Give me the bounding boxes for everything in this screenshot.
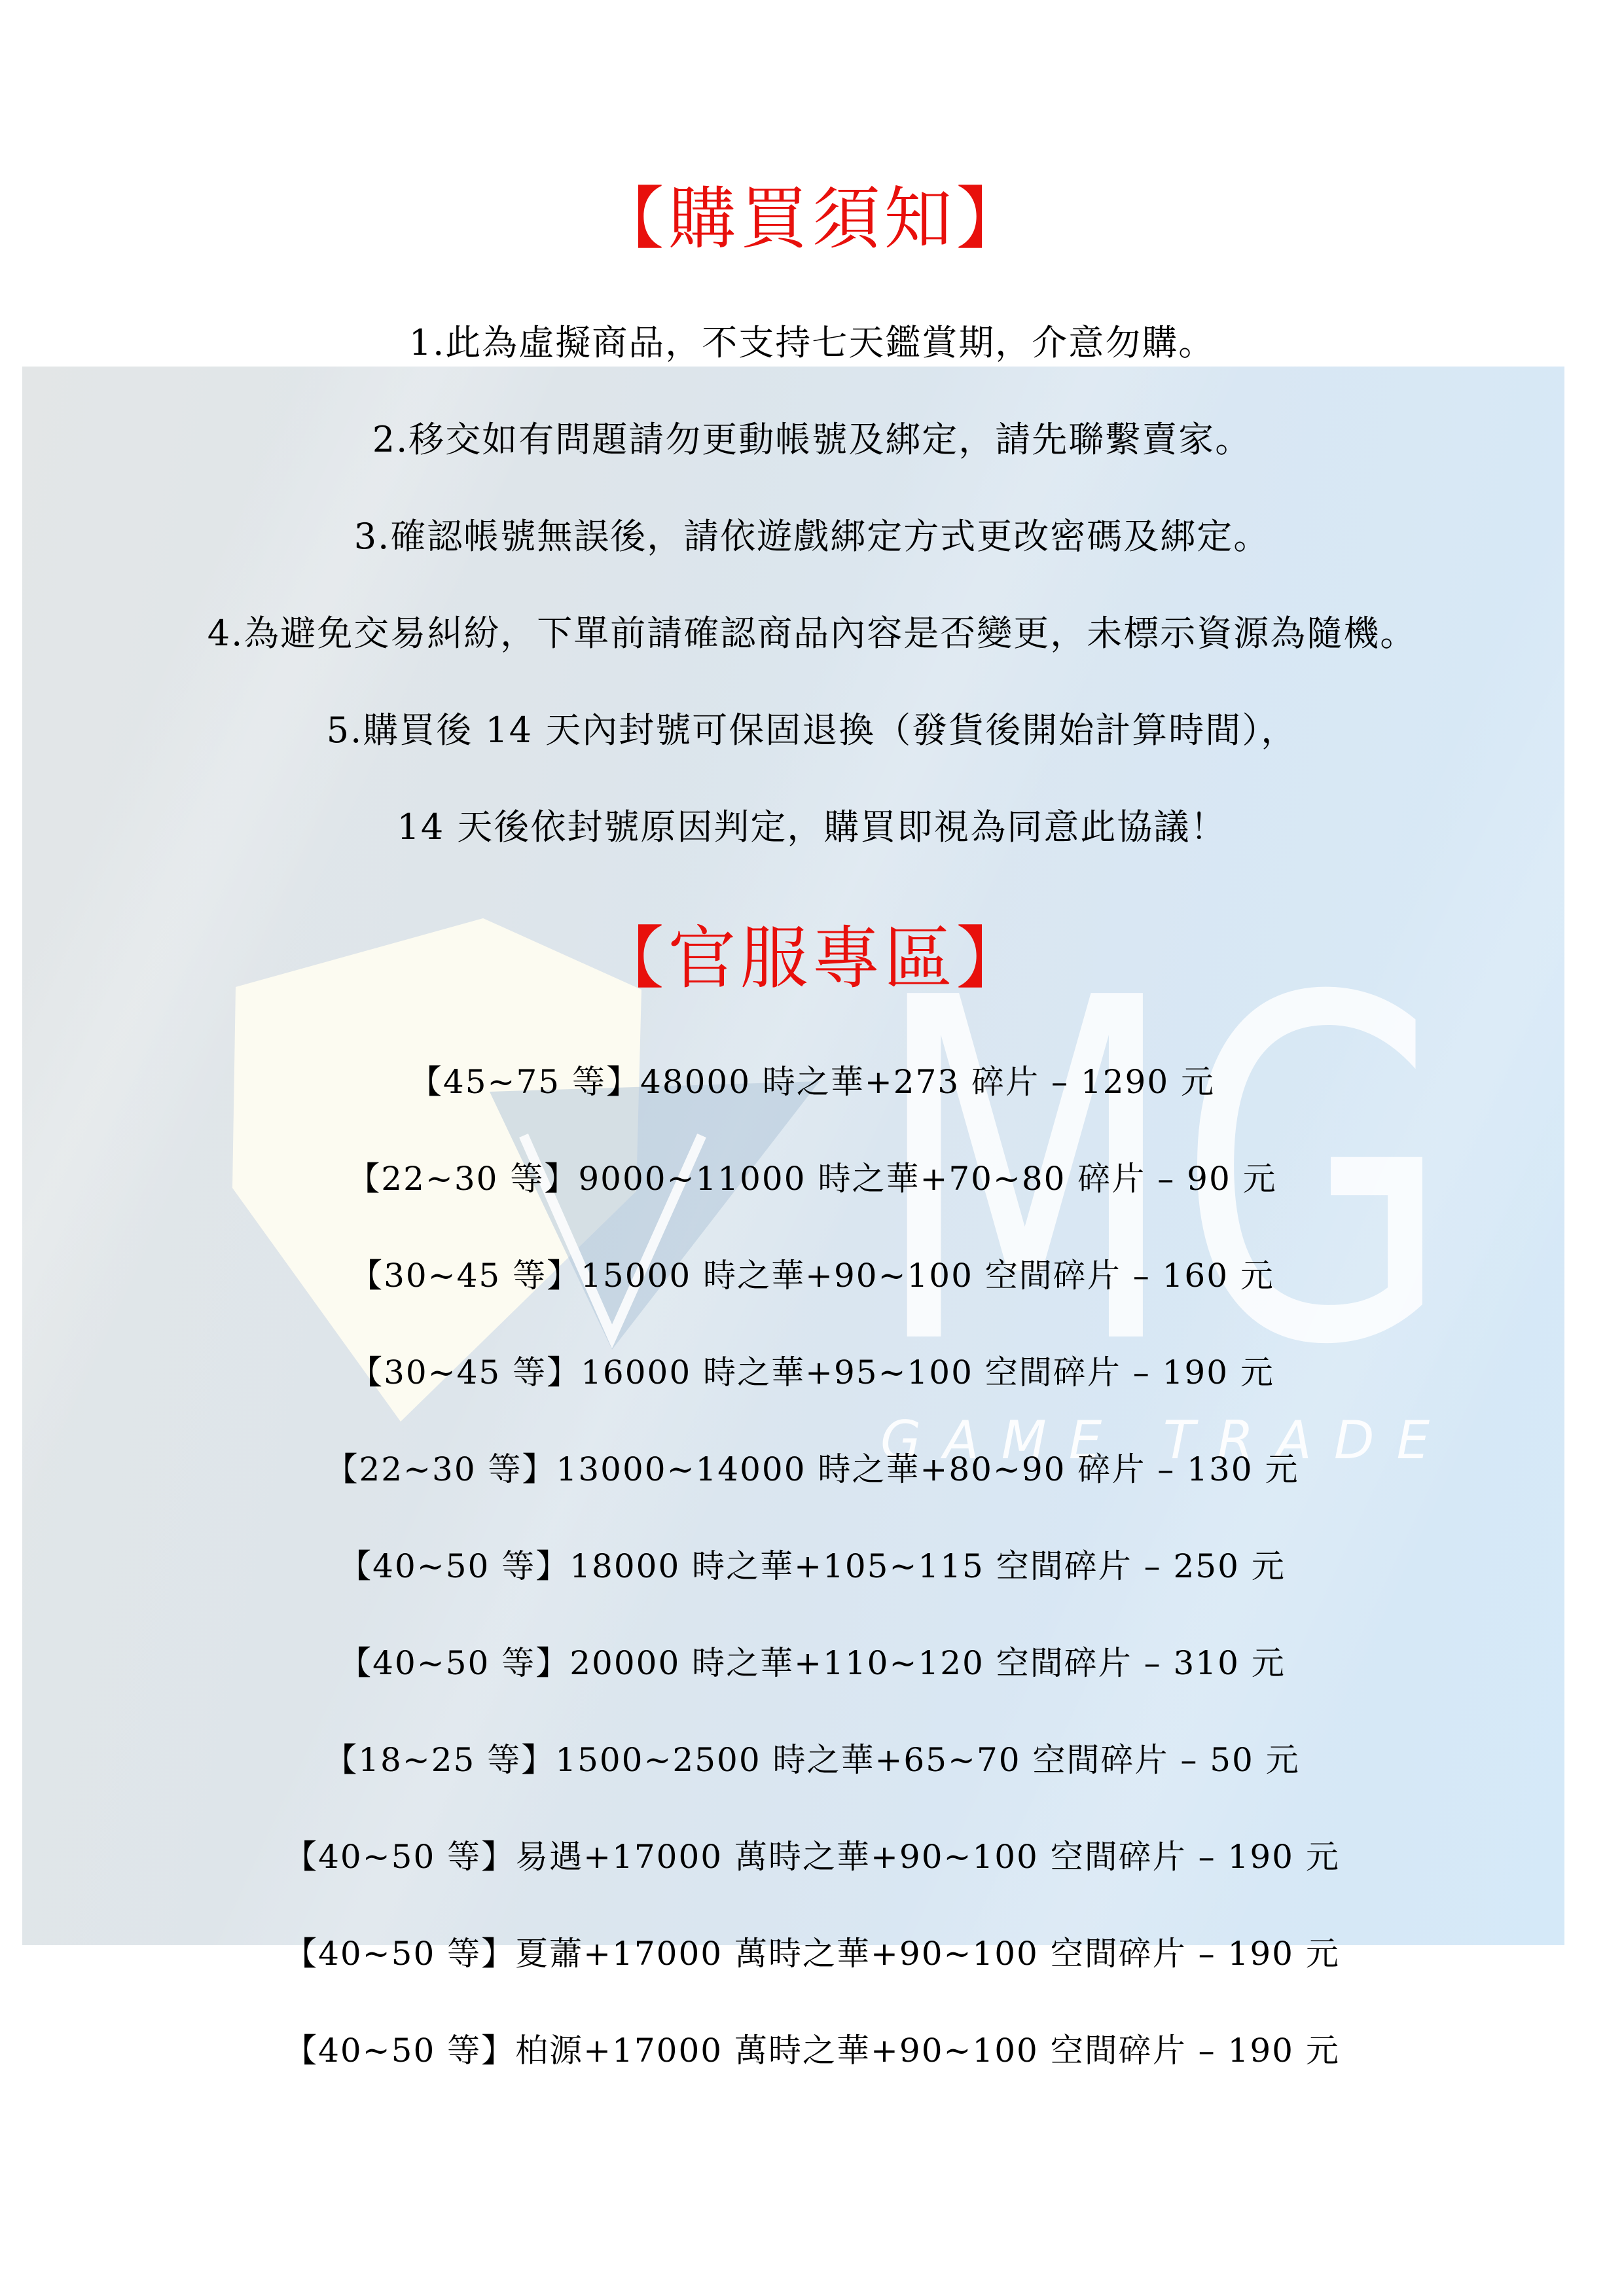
price-line-9: 【40~50 等】易遇+17000 萬時之華+90~100 空間碎片 – 190…	[0, 1839, 1624, 1876]
price-line-11: 【40~50 等】柏源+17000 萬時之華+90~100 空間碎片 – 190…	[0, 2032, 1624, 2070]
price-line-2: 【22~30 等】9000~11000 時之華+70~80 碎片 – 90 元	[0, 1160, 1624, 1198]
gradient-panel	[22, 367, 1564, 1945]
notice-title: 【購買須知】	[0, 180, 1624, 259]
notice-line-6: 14 天後依封號原因判定，購買即視為同意此協議！	[0, 807, 1624, 848]
notice-line-5: 5.購買後 14 天內封號可保固退換（發貨後開始計算時間），	[0, 710, 1624, 751]
notice-line-3: 3.確認帳號無誤後，請依遊戲綁定方式更改密碼及綁定。	[0, 516, 1624, 557]
price-line-8: 【18~25 等】1500~2500 時之華+65~70 空間碎片 – 50 元	[0, 1742, 1624, 1780]
price-line-4: 【30~45 等】16000 時之華+95~100 空間碎片 – 190 元	[0, 1354, 1624, 1392]
notice-line-4: 4.為避免交易糾紛，下單前請確認商品內容是否變更，未標示資源為隨機。	[0, 613, 1624, 654]
price-line-5: 【22~30 等】13000~14000 時之華+80~90 碎片 – 130 …	[0, 1451, 1624, 1489]
price-line-7: 【40~50 等】20000 時之華+110~120 空間碎片 – 310 元	[0, 1645, 1624, 1683]
page: MG GAME TRADE 【購買須知】 1.此為虛擬商品，不支持七天鑑賞期，介…	[0, 0, 1624, 2296]
price-line-1: 【45~75 等】48000 時之華+273 碎片 – 1290 元	[0, 1064, 1624, 1102]
notice-line-1: 1.此為虛擬商品，不支持七天鑑賞期，介意勿購。	[0, 323, 1624, 363]
price-line-6: 【40~50 等】18000 時之華+105~115 空間碎片 – 250 元	[0, 1548, 1624, 1586]
price-line-3: 【30~45 等】15000 時之華+90~100 空間碎片 – 160 元	[0, 1257, 1624, 1295]
notice-line-2: 2.移交如有問題請勿更動帳號及綁定，請先聯繫賣家。	[0, 420, 1624, 460]
price-line-10: 【40~50 等】夏蕭+17000 萬時之華+90~100 空間碎片 – 190…	[0, 1935, 1624, 1973]
official-title: 【官服專區】	[0, 920, 1624, 998]
